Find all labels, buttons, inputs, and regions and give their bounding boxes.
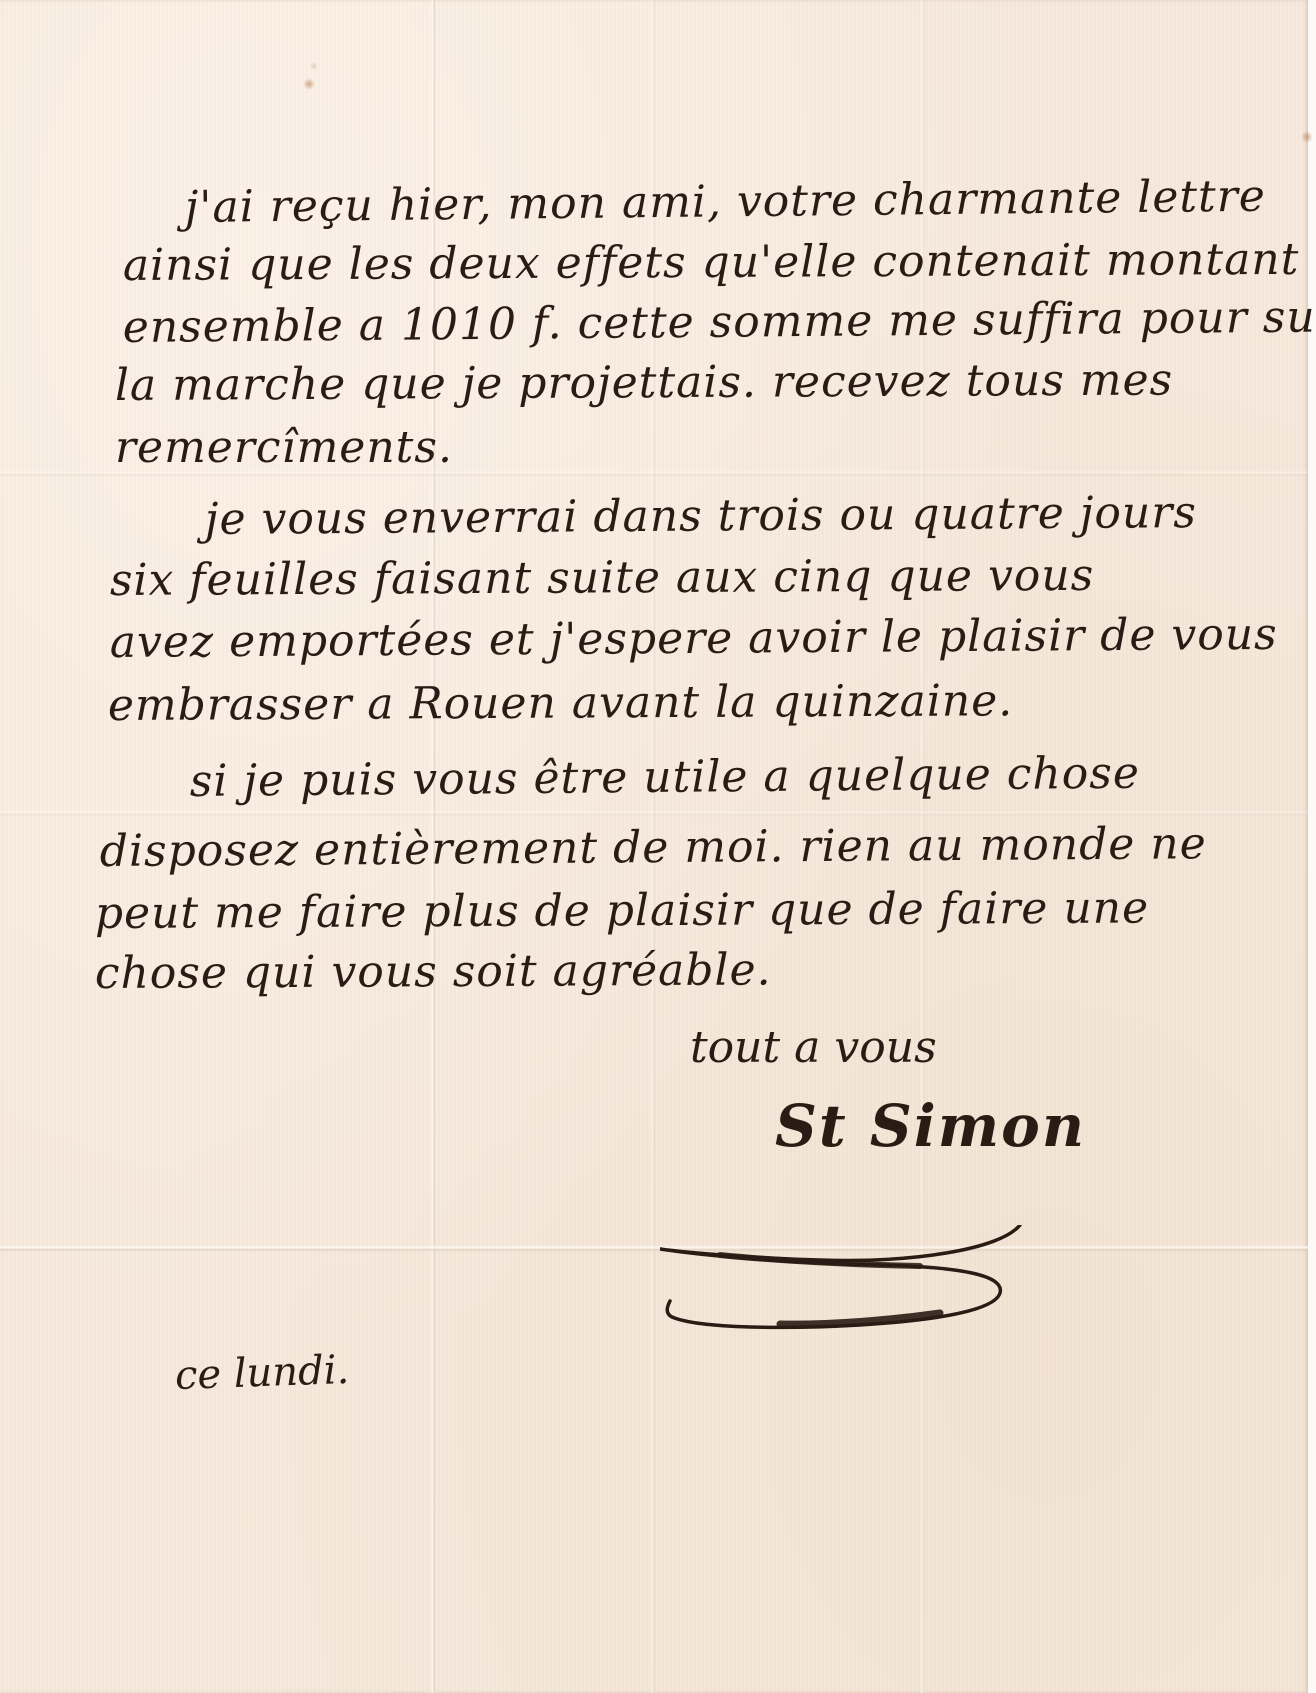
letter-line: je vous enverrai dans trois ou quatre jo…: [205, 487, 1197, 545]
letter-line: disposez entièrement de moi. rien au mon…: [100, 818, 1207, 877]
letter-line: peut me faire plus de plaisir que de fai…: [95, 882, 1150, 939]
letter-line: remercîments.: [115, 422, 453, 473]
letter-line: j'ai reçu hier, mon ami, votre charmante…: [184, 171, 1266, 233]
letter-body: j'ai reçu hier, mon ami, votre charmante…: [0, 0, 1308, 1693]
letter-signature: St Simon: [775, 1092, 1086, 1160]
letter-line: chose qui vous soit agréable.: [95, 944, 772, 999]
letter-line: la marche que je projettais. recevez tou…: [115, 354, 1174, 411]
letter-line: ensemble a 1010 f. cette somme me suffir…: [123, 291, 1316, 353]
letter-line: embrasser a Rouen avant la quinzaine.: [108, 675, 1014, 731]
signature-flourish-icon: [660, 1225, 1040, 1335]
letter-closing: tout a vous: [690, 1022, 937, 1073]
letter-dateline: ce lundi.: [174, 1347, 350, 1399]
scan-margin: [1308, 0, 1316, 1693]
letter-line: avez emportées et j'espere avoir le plai…: [110, 609, 1278, 668]
letter-line: six feuilles faisant suite aux cinq que …: [110, 550, 1095, 606]
letter-line: si je puis vous être utile a quelque cho…: [190, 748, 1141, 807]
letter-line: ainsi que les deux effets qu'elle conten…: [123, 234, 1300, 291]
